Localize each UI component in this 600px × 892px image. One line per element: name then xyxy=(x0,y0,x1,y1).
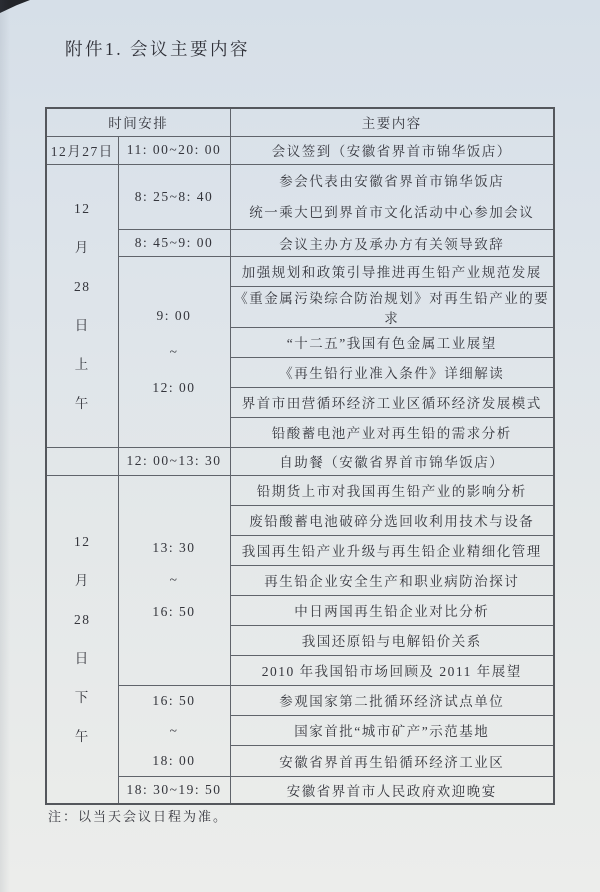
content-cell-afternoon-5: 中日两国再生铅企业对比分析 xyxy=(230,595,554,625)
header-row: 时间安排 主要内容 xyxy=(46,108,554,136)
content-cell-visit-3: 安徽省界首再生铅循环经济工业区 xyxy=(230,746,554,776)
content-cell-visit-1: 参观国家第二批循环经济试点单位 xyxy=(230,685,554,715)
table-row-speech: 8: 45~9: 00 会议主办方及承办方有关领导致辞 xyxy=(46,229,554,256)
date-cell-morning: 12 月 28 日 上 午 xyxy=(46,164,118,447)
time-cell-morning-session: 9: 00 ~ 12: 00 xyxy=(118,256,230,447)
table-row-morning-1: 9: 00 ~ 12: 00 加强规划和政策引导推进再生铅产业规范发展 xyxy=(46,256,554,286)
col-header-time: 时间安排 xyxy=(46,108,230,136)
content-cell-morning-5: 界首市田营循环经济工业区循环经济发展模式 xyxy=(230,387,554,417)
content-cell-lunch: 自助餐（安徽省界首市锦华饭店） xyxy=(230,447,554,475)
col-header-content: 主要内容 xyxy=(230,108,554,136)
content-cell-checkin: 会议签到（安徽省界首市锦华饭店） xyxy=(230,136,554,164)
page-title: 附件1. 会议主要内容 xyxy=(65,36,250,61)
content-cell-morning-1: 加强规划和政策引导推进再生铅产业规范发展 xyxy=(230,256,554,286)
content-cell-afternoon-3: 我国再生铅产业升级与再生铅企业精细化管理 xyxy=(230,535,554,565)
time-cell-bus: 8: 25~8: 40 xyxy=(118,164,230,229)
table-row-afternoon-1: 12 月 28 日 下 午 13: 30 ~ 16: 50 铅期货上市对我国再生… xyxy=(46,475,554,505)
content-cell-afternoon-4: 再生铅企业安全生产和职业病防治探讨 xyxy=(230,565,554,595)
scanned-document-page: 附件1. 会议主要内容 时间安排 主要内容 12月27日 11: 00~20: … xyxy=(0,0,600,892)
schedule-table: 时间安排 主要内容 12月27日 11: 00~20: 00 会议签到（安徽省界… xyxy=(45,107,555,805)
time-cell-dinner: 18: 30~19: 50 xyxy=(118,776,230,804)
time-cell-afternoon-session1: 13: 30 ~ 16: 50 xyxy=(118,475,230,685)
table-row-checkin: 12月27日 11: 00~20: 00 会议签到（安徽省界首市锦华饭店） xyxy=(46,136,554,164)
content-cell-dinner: 安徽省界首市人民政府欢迎晚宴 xyxy=(230,776,554,804)
date-cell-afternoon: 12 月 28 日 下 午 xyxy=(46,475,118,804)
time-cell-lunch: 12: 00~13: 30 xyxy=(118,447,230,475)
content-cell-afternoon-1: 铅期货上市对我国再生铅产业的影响分析 xyxy=(230,475,554,505)
content-cell-afternoon-6: 我国还原铅与电解铅价关系 xyxy=(230,625,554,655)
date-cell-lunch-empty xyxy=(46,447,118,475)
date-cell-day1: 12月27日 xyxy=(46,136,118,164)
content-cell-morning-4: 《再生铅行业准入条件》详细解读 xyxy=(230,357,554,387)
content-cell-morning-3: “十二五”我国有色金属工业展望 xyxy=(230,327,554,357)
time-cell-speech: 8: 45~9: 00 xyxy=(118,229,230,256)
content-cell-visit-2: 国家首批“城市矿产”示范基地 xyxy=(230,715,554,745)
scan-edge-shadow xyxy=(0,0,10,892)
content-cell-afternoon-7: 2010 年我国铅市场回顾及 2011 年展望 xyxy=(230,655,554,685)
content-cell-morning-2: 《重金属污染综合防治规划》对再生铅产业的要求 xyxy=(230,286,554,327)
content-cell-afternoon-2: 废铅酸蓄电池破碎分选回收利用技术与设备 xyxy=(230,505,554,535)
table-row-dinner: 18: 30~19: 50 安徽省界首市人民政府欢迎晚宴 xyxy=(46,776,554,804)
time-cell-checkin: 11: 00~20: 00 xyxy=(118,136,230,164)
time-cell-afternoon-session2: 16: 50 ~ 18: 00 xyxy=(118,685,230,776)
content-cell-bus: 参会代表由安徽省界首市锦华饭店 统一乘大巴到界首市文化活动中心参加会议 xyxy=(230,164,554,229)
footnote: 注：以当天会议日程为准。 xyxy=(48,806,228,825)
table-row-visit-1: 16: 50 ~ 18: 00 参观国家第二批循环经济试点单位 xyxy=(46,685,554,715)
content-cell-speech: 会议主办方及承办方有关领导致辞 xyxy=(230,229,554,256)
table-row-lunch: 12: 00~13: 30 自助餐（安徽省界首市锦华饭店） xyxy=(46,447,554,475)
content-cell-morning-6: 铅酸蓄电池产业对再生铅的需求分析 xyxy=(230,417,554,447)
table-row-bus: 12 月 28 日 上 午 8: 25~8: 40 参会代表由安徽省界首市锦华饭… xyxy=(46,164,554,229)
